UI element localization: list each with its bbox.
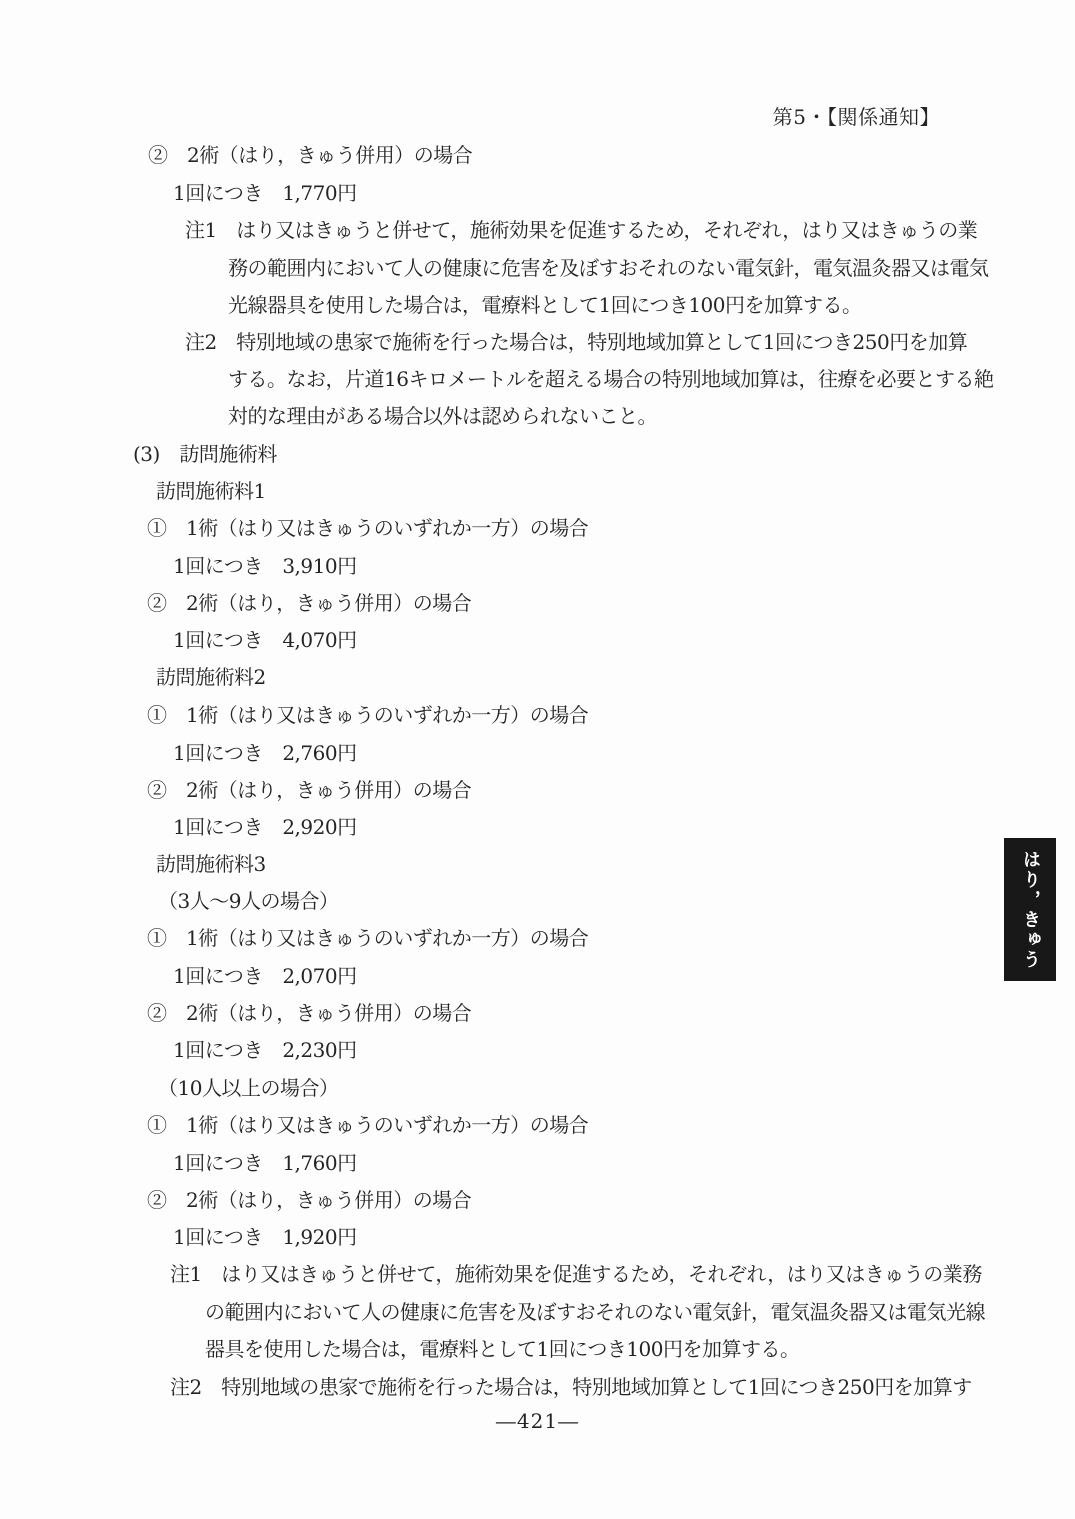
section-index-tab: はり，きゅう bbox=[1004, 838, 1056, 981]
fee-line: 1回につき 1,770円 bbox=[173, 180, 357, 206]
item-line: ① 1術（はり又はきゅうのいずれか一方）の場合 bbox=[147, 1112, 588, 1138]
note-line: 注1 はり又はきゅうと併せて，施術効果を促進するため，それぞれ，はり又はきゅうの… bbox=[170, 1261, 982, 1287]
fee-line: 1回につき 2,760円 bbox=[173, 740, 357, 766]
item-line: ② 2術（はり，きゅう併用）の場合 bbox=[147, 777, 471, 803]
fee-line: 1回につき 1,760円 bbox=[173, 1150, 357, 1176]
fee-line: 1回につき 2,920円 bbox=[173, 814, 357, 840]
note-line: 注2 特別地域の患家で施術を行った場合は，特別地域加算として1回につき250円を… bbox=[185, 329, 967, 355]
fee-line: 1回につき 4,070円 bbox=[173, 627, 357, 653]
note-continuation-line: 務の範囲内において人の健康に危害を及ぼすおそれのない電気針，電気温灸器又は電気 bbox=[228, 255, 989, 281]
item-line: ② 2術（はり，きゅう併用）の場合 bbox=[148, 142, 472, 168]
subsection-heading: 訪問施術料3 bbox=[156, 851, 266, 877]
group-label: （10人以上の場合） bbox=[158, 1075, 338, 1101]
item-line: ① 1術（はり又はきゅうのいずれか一方）の場合 bbox=[147, 925, 588, 951]
note-continuation-line: する。なお，片道16キロメートルを超える場合の特別地域加算は，往療を必要とする絶 bbox=[228, 366, 993, 392]
subsection-heading: 訪問施術料2 bbox=[156, 664, 266, 690]
item-line: ② 2術（はり，きゅう併用）の場合 bbox=[147, 1000, 471, 1026]
section-heading: (3) 訪問施術料 bbox=[133, 441, 277, 467]
item-line: ① 1術（はり又はきゅうのいずれか一方）の場合 bbox=[147, 702, 588, 728]
note-continuation-line: 対的な理由がある場合以外は認められないこと。 bbox=[228, 403, 657, 429]
note-line: 注1 はり又はきゅうと併せて，施術効果を促進するため，それぞれ，はり又はきゅうの… bbox=[185, 217, 977, 243]
document-page: 第5・【関係通知】 ② 2術（はり，きゅう併用）の場合1回につき 1,770円注… bbox=[0, 0, 1075, 1519]
page-number: ―421― bbox=[0, 1409, 1075, 1433]
note-continuation-line: 器具を使用した場合は，電療料として1回につき100円を加算する。 bbox=[205, 1336, 800, 1362]
item-line: ② 2術（はり，きゅう併用）の場合 bbox=[147, 590, 471, 616]
subsection-heading: 訪問施術料1 bbox=[156, 478, 266, 504]
group-label: （3人～9人の場合） bbox=[158, 888, 338, 914]
section-index-tab-label: はり，きゅう bbox=[1017, 850, 1043, 970]
fee-line: 1回につき 2,230円 bbox=[173, 1037, 357, 1063]
item-line: ① 1術（はり又はきゅうのいずれか一方）の場合 bbox=[147, 515, 588, 541]
note-continuation-line: 光線器具を使用した場合は，電療料として1回につき100円を加算する。 bbox=[228, 292, 862, 318]
fee-line: 1回につき 1,920円 bbox=[173, 1224, 357, 1250]
fee-line: 1回につき 3,910円 bbox=[173, 553, 357, 579]
page-header: 第5・【関係通知】 bbox=[773, 101, 940, 130]
fee-line: 1回につき 2,070円 bbox=[173, 963, 357, 989]
item-line: ② 2術（はり，きゅう併用）の場合 bbox=[147, 1187, 471, 1213]
note-continuation-line: の範囲内において人の健康に危害を及ぼすおそれのない電気針，電気温灸器又は電気光線 bbox=[205, 1299, 985, 1325]
note-line: 注2 特別地域の患家で施術を行った場合は，特別地域加算として1回につき250円を… bbox=[170, 1374, 972, 1400]
